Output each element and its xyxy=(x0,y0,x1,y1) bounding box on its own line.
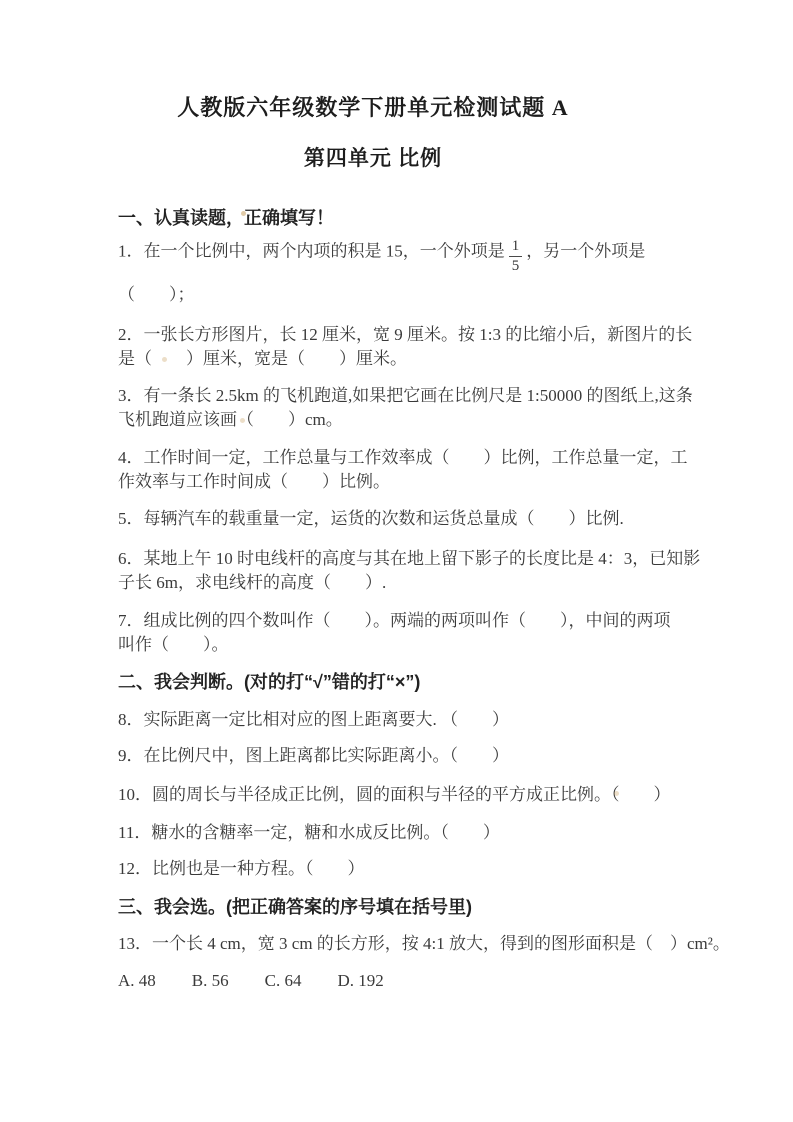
fraction-denominator: 5 xyxy=(509,257,523,275)
page-title: 人教版六年级数学下册单元检测试题 A xyxy=(118,91,628,122)
question-11: 11．糖水的含糖率一定，糖和水成反比例。（ ） xyxy=(118,821,638,845)
section-1-heading: 一、认真读题，正确填写！ xyxy=(118,204,334,230)
section-3-heading: 三、我会选。(把正确答案的序号填在括号里) xyxy=(118,893,472,919)
question-3-line-2: 飞机跑道应该画（ ）cm。 xyxy=(118,408,638,432)
question-8-line-1: 8．实际距离一定比相对应的图上距离要大. （ ） xyxy=(118,708,638,732)
question-4-line-1: 4．工作时间一定，工作总量与工作效率成（ ）比例，工作总量一定，工 xyxy=(118,446,638,470)
question-13-line-1: 13．一个长 4 cm，宽 3 cm 的长方形，按 4:1 放大，得到的图形面积… xyxy=(118,932,638,956)
question-13: 13．一个长 4 cm，宽 3 cm 的长方形，按 4:1 放大，得到的图形面积… xyxy=(118,932,638,956)
option-a: A. 48 xyxy=(118,971,156,990)
question-4: 4．工作时间一定，工作总量与工作效率成（ ）比例，工作总量一定，工 作效率与工作… xyxy=(118,446,638,494)
question-11-line-1: 11．糖水的含糖率一定，糖和水成反比例。（ ） xyxy=(118,821,638,845)
question-8: 8．实际距离一定比相对应的图上距离要大. （ ） xyxy=(118,708,638,732)
question-5-line-1: 5．每辆汽车的载重量一定，运货的次数和运货总量成（ ）比例. xyxy=(118,507,638,531)
question-9-line-1: 9．在比例尺中，图上距离都比实际距离小。（ ） xyxy=(118,744,638,768)
question-3-line-1: 3．有一条长 2.5km 的飞机跑道,如果把它画在比例尺是 1:50000 的图… xyxy=(118,384,638,408)
section-2-heading: 二、我会判断。(对的打“√”错的打“×”) xyxy=(118,668,420,694)
question-13-options: A. 48B. 56C. 64D. 192 xyxy=(118,969,638,993)
question-2-line-2: 是（ ）厘米，宽是（ ）厘米。 xyxy=(118,347,638,371)
question-10: 10．圆的周长与半径成正比例，圆的面积与半径的平方成正比例。（ ） xyxy=(118,783,638,807)
question-1-text-before: 1．在一个比例中，两个内项的积是 15，一个外项是 xyxy=(118,241,505,260)
question-6: 6．某地上午 10 时电线杆的高度与其在地上留下影子的长度比是 4：3，已知影 … xyxy=(118,547,638,595)
option-b: B. 56 xyxy=(192,971,229,990)
scan-artifact-dot xyxy=(614,791,619,796)
question-2: 2．一张长方形图片，长 12 厘米，宽 9 厘米。按 1:3 的比缩小后，新图片… xyxy=(118,323,638,371)
question-12-line-1: 12．比例也是一种方程。（ ） xyxy=(118,857,638,881)
scan-artifact-dot xyxy=(240,418,245,423)
question-10-line-1: 10．圆的周长与半径成正比例，圆的面积与半径的平方成正比例。（ ） xyxy=(118,783,638,807)
question-4-line-2: 作效率与工作时间成（ ）比例。 xyxy=(118,470,638,494)
question-1-text-after: ，另一个外项是 xyxy=(526,241,645,260)
question-1-line-2: （ ）； xyxy=(118,283,638,307)
question-6-line-2: 子长 6m，求电线杆的高度（ ）. xyxy=(118,571,638,595)
option-d: D. 192 xyxy=(337,971,383,990)
question-6-line-1: 6．某地上午 10 时电线杆的高度与其在地上留下影子的长度比是 4：3，已知影 xyxy=(118,547,638,571)
scan-artifact-dot xyxy=(241,211,246,216)
fraction-numerator: 1 xyxy=(509,238,523,257)
question-1: 1．在一个比例中，两个内项的积是 15，一个外项是15，另一个外项是 （ ）； xyxy=(118,238,638,307)
scan-artifact-dot xyxy=(162,357,167,362)
question-2-line-1: 2．一张长方形图片，长 12 厘米，宽 9 厘米。按 1:3 的比缩小后，新图片… xyxy=(118,323,638,347)
question-7-line-1: 7．组成比例的四个数叫作（ ）。两端的两项叫作（ ），中间的两项 xyxy=(118,609,638,633)
question-7: 7．组成比例的四个数叫作（ ）。两端的两项叫作（ ），中间的两项 叫作（ ）。 xyxy=(118,609,638,657)
question-12: 12．比例也是一种方程。（ ） xyxy=(118,857,638,881)
question-1-line-1: 1．在一个比例中，两个内项的积是 15，一个外项是15，另一个外项是 xyxy=(118,238,638,276)
question-9: 9．在比例尺中，图上距离都比实际距离小。（ ） xyxy=(118,744,638,768)
question-5: 5．每辆汽车的载重量一定，运货的次数和运货总量成（ ）比例. xyxy=(118,507,638,531)
fraction-one-fifth: 15 xyxy=(509,238,523,276)
page-subtitle: 第四单元 比例 xyxy=(118,142,628,172)
worksheet-page: 人教版六年级数学下册单元检测试题 A 第四单元 比例 一、认真读题，正确填写！ … xyxy=(0,0,793,1122)
question-7-line-2: 叫作（ ）。 xyxy=(118,633,638,657)
question-3: 3．有一条长 2.5km 的飞机跑道,如果把它画在比例尺是 1:50000 的图… xyxy=(118,384,638,432)
option-c: C. 64 xyxy=(265,971,302,990)
